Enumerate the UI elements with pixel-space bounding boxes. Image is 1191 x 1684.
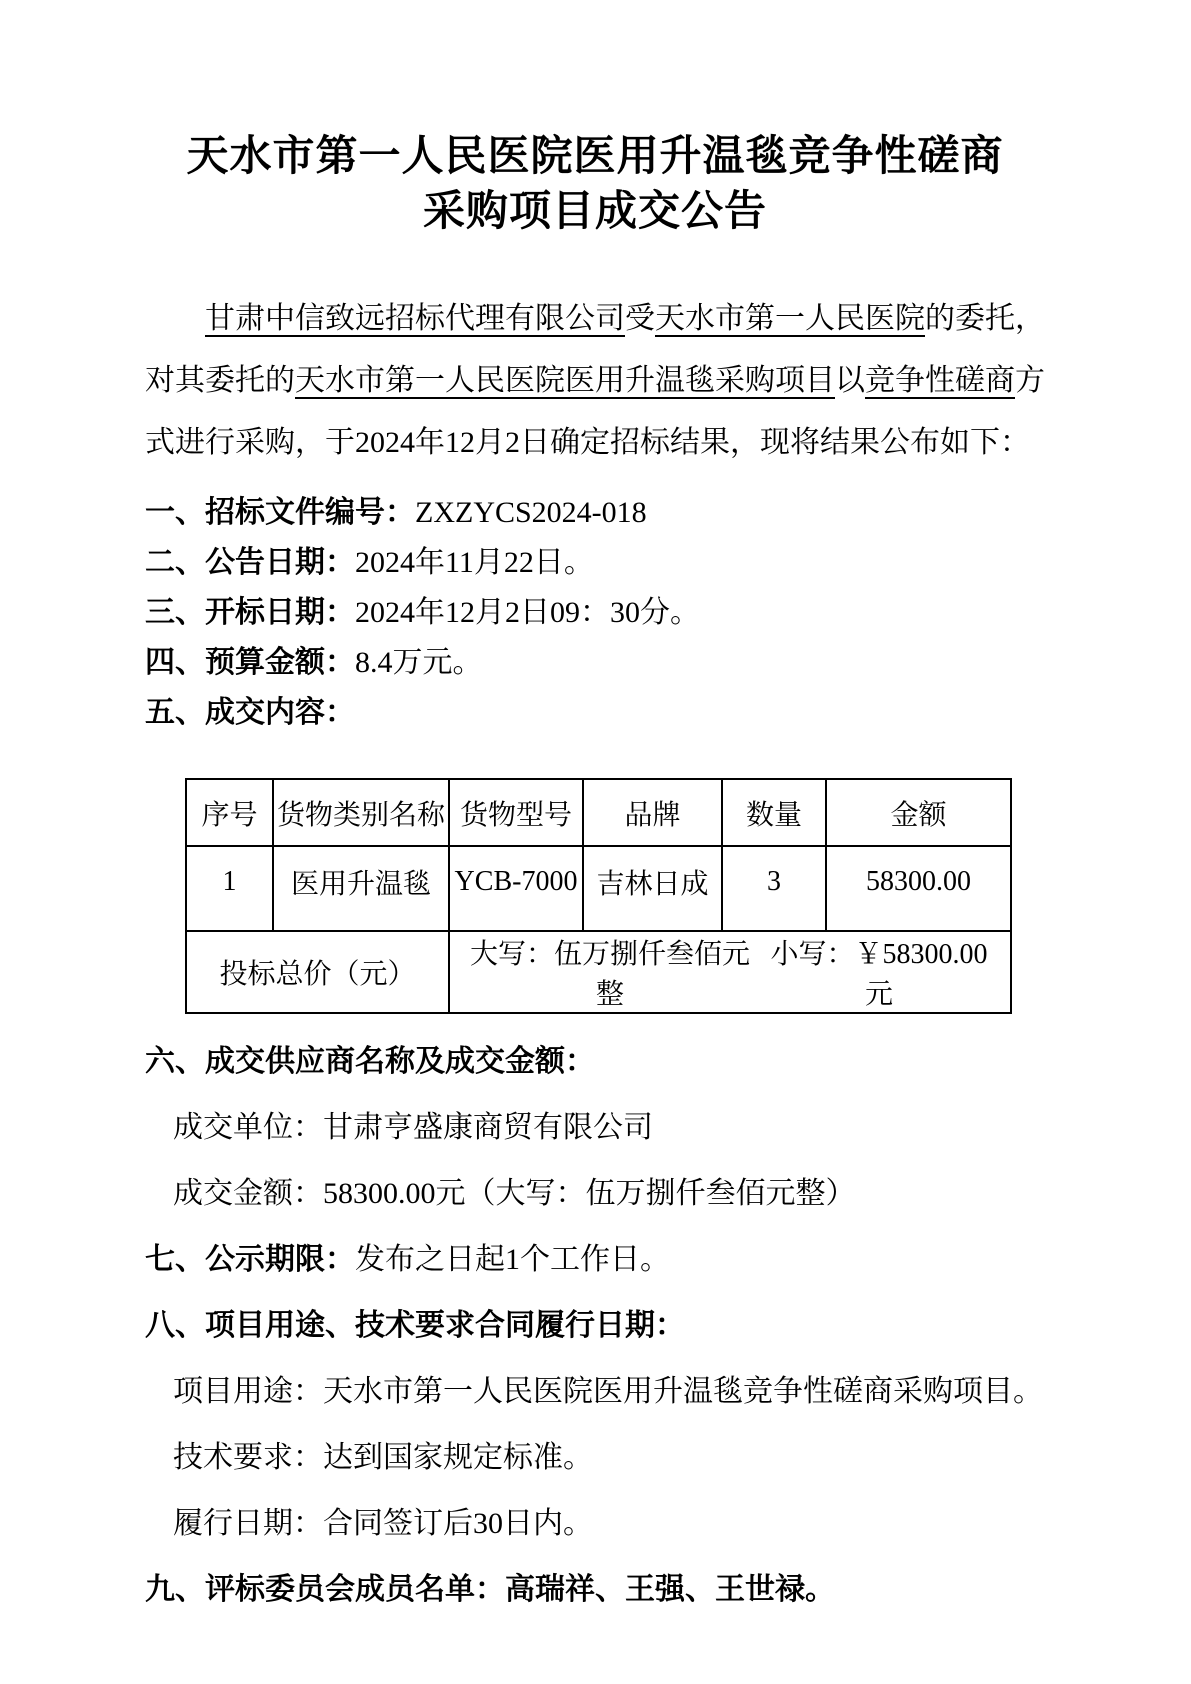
item-opening-date: 三、开标日期：2024年12月2日09：30分。	[145, 588, 1045, 638]
agency-name: 甘肃中信致远招标代理有限公司	[205, 302, 625, 335]
deal-amount-line: 成交金额：58300.00元（大写：伍万捌仟叁佰元整）	[145, 1174, 1045, 1214]
item-announcement-date: 二、公告日期：2024年11月22日。	[145, 538, 1045, 588]
cell-model: YCB-7000	[449, 846, 583, 931]
col-header-seq: 序号	[186, 779, 273, 846]
section-usage-heading: 八、项目用途、技术要求合同履行日期：	[145, 1306, 1045, 1346]
title-line-2: 采购项目成交公告	[145, 183, 1045, 238]
col-header-quantity: 数量	[722, 779, 826, 846]
section-project-usage: 八、项目用途、技术要求合同履行日期： 项目用途：天水市第一人民医院医用升温毯竞争…	[145, 1306, 1045, 1544]
table-row: 1 医用升温毯 YCB-7000 吉林日成 3 58300.00	[186, 846, 1011, 931]
intro-text: 受	[625, 302, 655, 335]
footer-total-values: 大写：伍万捌仟叁佰元整 小写：￥58300.00 元	[449, 931, 1011, 1013]
cell-brand: 吉林日成	[583, 846, 722, 931]
cell-amount: 58300.00	[826, 846, 1011, 931]
section-supplier: 六、成交供应商名称及成交金额： 成交单位：甘肃亨盛康商贸有限公司 成交金额：58…	[145, 1042, 1045, 1214]
total-in-figures: 小写：￥58300.00 元	[758, 932, 1000, 1012]
item-value: 2024年11月22日。	[355, 546, 594, 579]
item-label: 三、开标日期：	[145, 596, 355, 629]
intro-paragraph: 甘肃中信致远招标代理有限公司受天水市第一人民医院的委托，对其委托的天水市第一人民…	[145, 288, 1045, 474]
col-header-model: 货物型号	[449, 779, 583, 846]
deal-content-table: 序号 货物类别名称 货物型号 品牌 数量 金额 1 医用升温毯 YCB-7000…	[185, 778, 1012, 1014]
procurement-method: 竞争性磋商	[865, 364, 1015, 397]
publicity-period-value: 发布之日起1个工作日。	[355, 1243, 670, 1276]
item-label: 二、公告日期：	[145, 546, 355, 579]
cell-seq: 1	[186, 846, 273, 931]
section-committee: 九、评标委员会成员名单：高瑞祥、王强、王世禄。	[145, 1570, 1045, 1610]
project-usage-line: 项目用途：天水市第一人民医院医用升温毯竞争性磋商采购项目。	[145, 1372, 1045, 1412]
performance-date-line: 履行日期：合同签订后30日内。	[145, 1504, 1045, 1544]
intro-text: 以	[835, 364, 865, 397]
cell-category: 医用升温毯	[273, 846, 449, 931]
table-header-row: 序号 货物类别名称 货物型号 品牌 数量 金额	[186, 779, 1011, 846]
technical-requirement-line: 技术要求：达到国家规定标准。	[145, 1438, 1045, 1478]
item-deal-content: 五、成交内容：	[145, 688, 1045, 738]
project-name: 天水市第一人民医院医用升温毯采购项目	[295, 364, 835, 397]
section-publicity-period: 七、公示期限：发布之日起1个工作日。	[145, 1240, 1045, 1280]
total-in-words: 大写：伍万捌仟叁佰元整	[462, 932, 758, 1012]
committee-members-line: 九、评标委员会成员名单：高瑞祥、王强、王世禄。	[145, 1570, 1045, 1610]
item-value: ZXZYCS2024-018	[415, 496, 647, 529]
section-supplier-heading: 六、成交供应商名称及成交金额：	[145, 1042, 1045, 1082]
item-bid-doc-number: 一、招标文件编号：ZXZYCS2024-018	[145, 488, 1045, 538]
col-header-amount: 金额	[826, 779, 1011, 846]
hospital-name: 天水市第一人民医院	[655, 302, 925, 335]
item-value: 8.4万元。	[355, 646, 483, 679]
item-value: 2024年12月2日09：30分。	[355, 596, 700, 629]
col-header-category: 货物类别名称	[273, 779, 449, 846]
item-label: 四、预算金额：	[145, 646, 355, 679]
item-label: 五、成交内容：	[145, 696, 355, 729]
page-title: 天水市第一人民医院医用升温毯竞争性磋商 采购项目成交公告	[145, 128, 1045, 238]
cell-quantity: 3	[722, 846, 826, 931]
item-budget-amount: 四、预算金额：8.4万元。	[145, 638, 1045, 688]
col-header-brand: 品牌	[583, 779, 722, 846]
publicity-period-label: 七、公示期限：	[145, 1243, 355, 1276]
publicity-period-line: 七、公示期限：发布之日起1个工作日。	[145, 1240, 1045, 1280]
numbered-items: 一、招标文件编号：ZXZYCS2024-018 二、公告日期：2024年11月2…	[145, 488, 1045, 738]
supplier-name-line: 成交单位：甘肃亨盛康商贸有限公司	[145, 1108, 1045, 1148]
document-page: 天水市第一人民医院医用升温毯竞争性磋商 采购项目成交公告 甘肃中信致远招标代理有…	[0, 0, 1191, 1684]
item-label: 一、招标文件编号：	[145, 496, 415, 529]
title-line-1: 天水市第一人民医院医用升温毯竞争性磋商	[145, 128, 1045, 183]
table-footer-row: 投标总价（元） 大写：伍万捌仟叁佰元整 小写：￥58300.00 元	[186, 931, 1011, 1013]
footer-total-label: 投标总价（元）	[186, 931, 449, 1013]
